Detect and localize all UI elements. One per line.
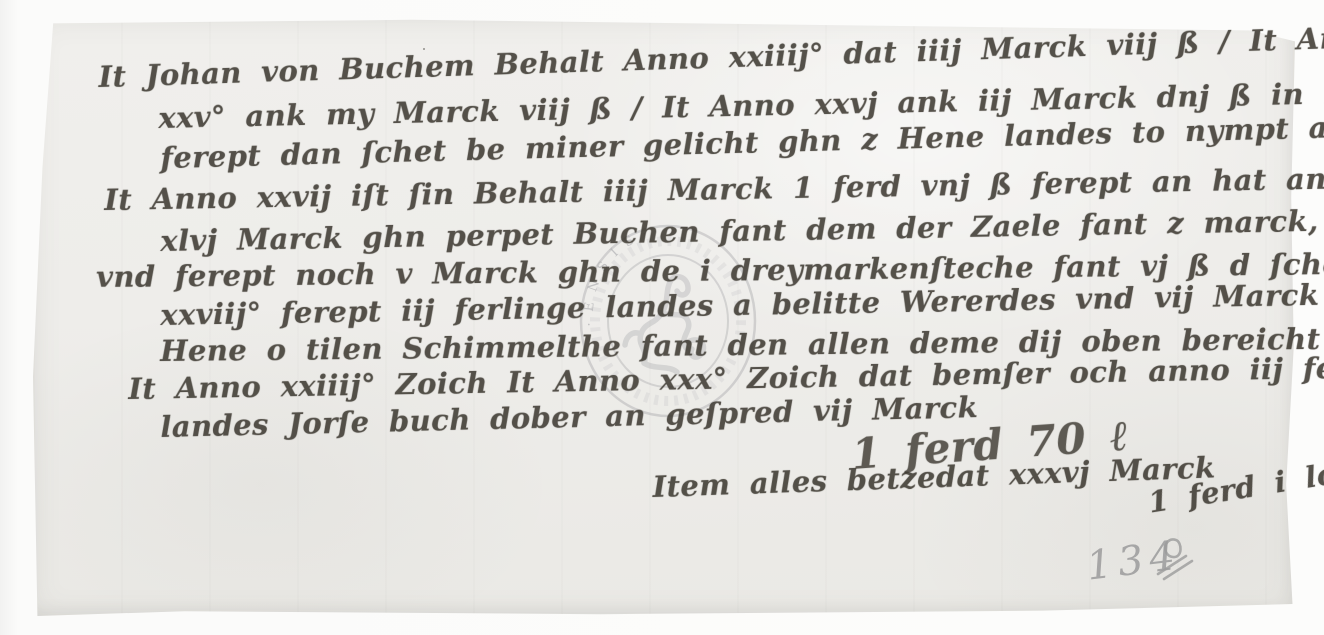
ink-speck: [853, 22, 857, 25]
pencil-el-mark-icon: [1152, 532, 1204, 584]
scanned-document-page: · E N S I S · It Johan von Buchem Behalt…: [0, 0, 1324, 635]
